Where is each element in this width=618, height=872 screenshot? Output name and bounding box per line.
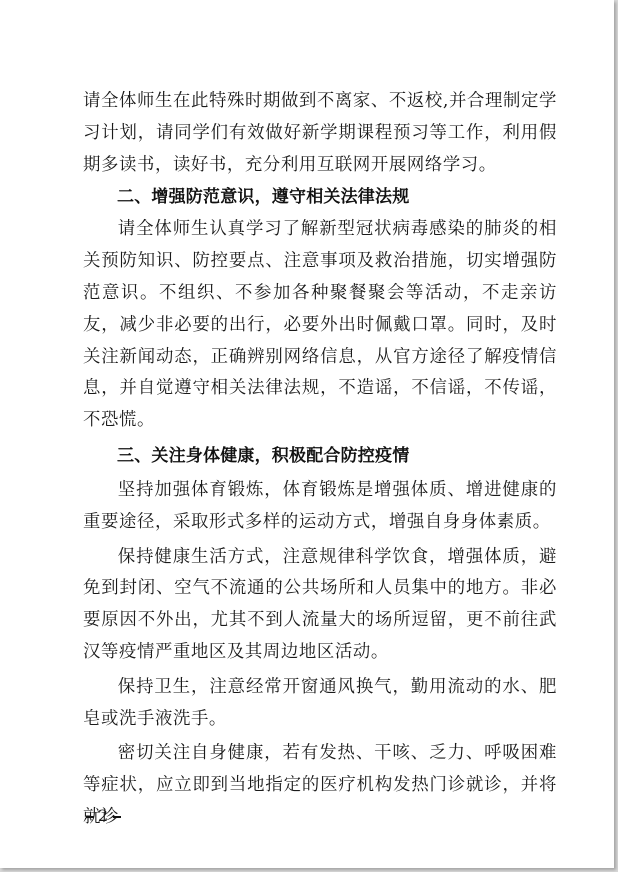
section-heading-3: 三、关注身体健康，积极配合防控疫情 — [83, 440, 557, 473]
paragraph-continued: 请全体师生在此特殊时期做到不离家、不返校,并合理制定学习计划，请同学们有效做好新… — [83, 86, 557, 181]
paragraph-healthy-lifestyle: 保持健康生活方式，注意规律科学饮食，增强体质，避免到封闭、空气不流通的公共场所和… — [83, 542, 557, 669]
dash-right — [113, 816, 121, 818]
paragraph-monitor-health: 密切关注自身健康，若有发热、干咳、乏力、呼吸困难等症状，应立即到当地指定的医疗机… — [83, 738, 557, 833]
paragraph-hygiene: 保持卫生，注意经常开窗通风换气，勤用流动的水、肥皂或洗手液洗手。 — [83, 672, 557, 736]
page-number-footer: 2 — [82, 806, 125, 825]
section-heading-2: 二、增强防范意识，遵守相关法律法规 — [83, 181, 557, 214]
paragraph-exercise: 坚持加强体育锻炼，体育锻炼是增强体质、增进健康的重要途径，采取形式多样的运动方式… — [83, 475, 557, 539]
paragraph-prevention-awareness: 请全体师生认真学习了解新型冠状病毒感染的肺炎的相关预防知识、防控要点、注意事项及… — [83, 214, 557, 437]
dash-left — [86, 816, 94, 818]
document-page: 请全体师生在此特殊时期做到不离家、不返校,并合理制定学习计划，请同学们有效做好新… — [0, 0, 614, 868]
document-body: 请全体师生在此特殊时期做到不离家、不返校,并合理制定学习计划，请同学们有效做好新… — [83, 86, 557, 834]
page-number: 2 — [98, 806, 109, 825]
